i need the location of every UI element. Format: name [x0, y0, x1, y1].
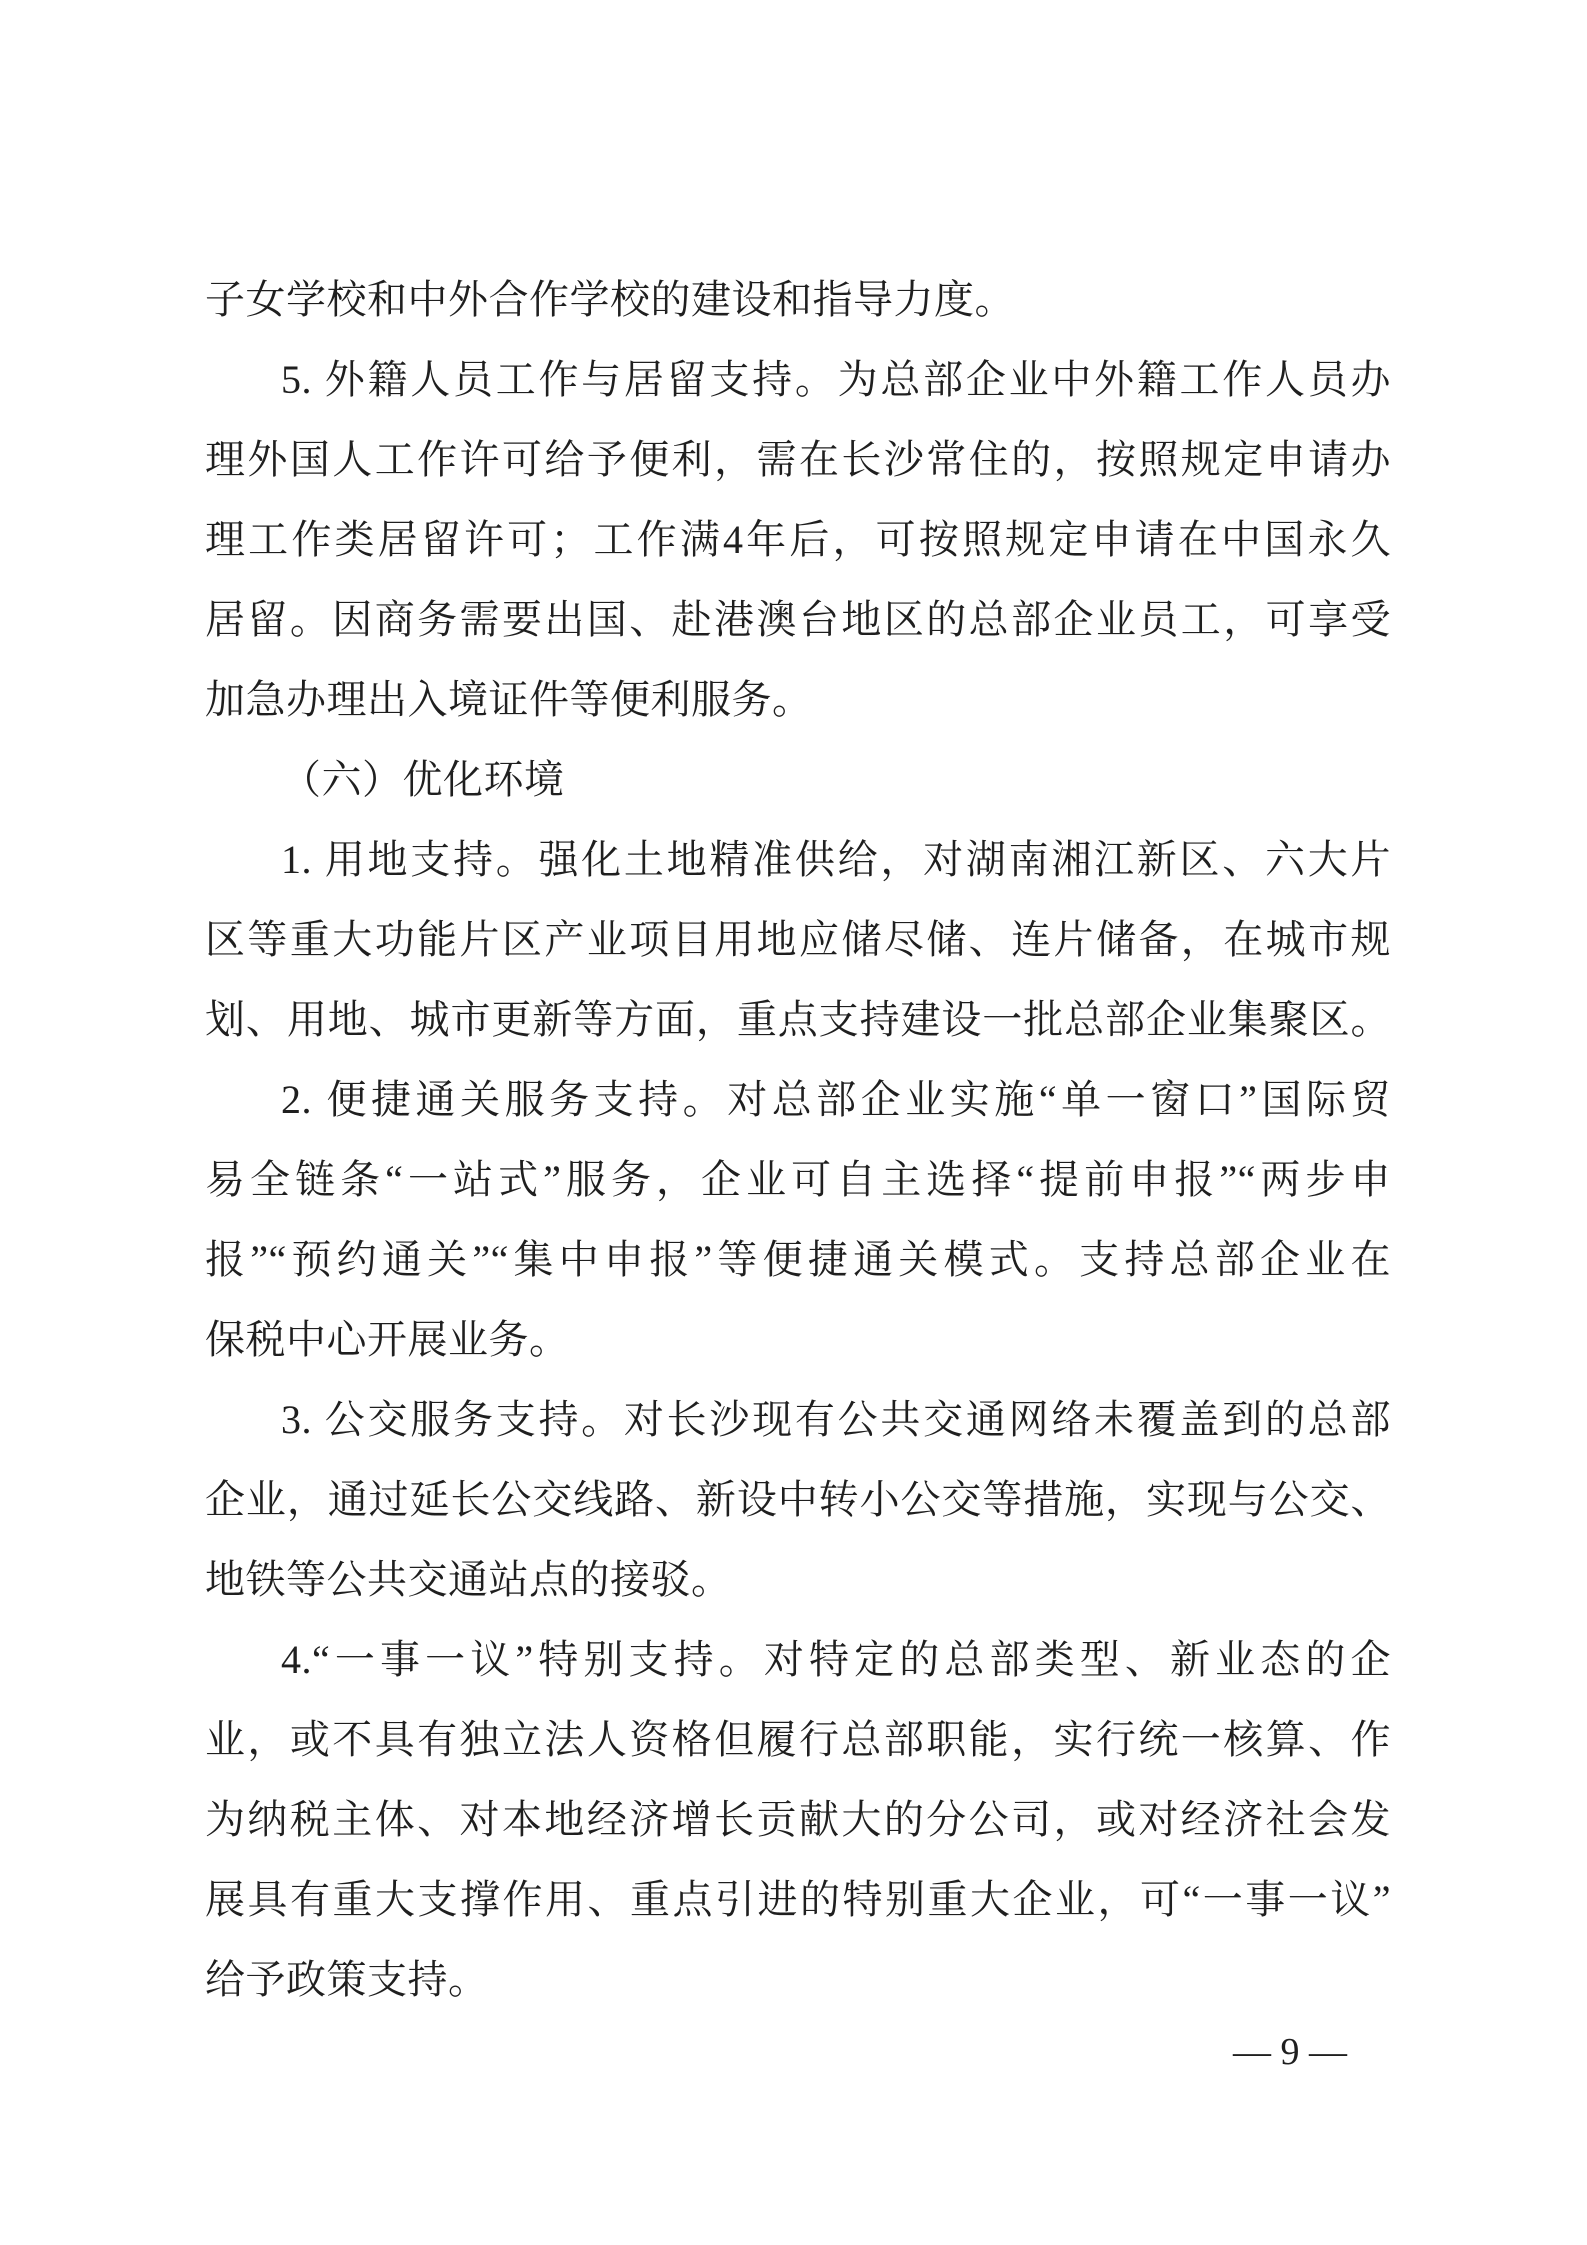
text-line: 5. 外籍人员工作与居留支持。为总部企业中外籍工作人员办 — [205, 340, 1391, 420]
text-line: 业，或不具有独立法人资格但履行总部职能，实行统一核算、作 — [205, 1700, 1391, 1780]
text-line: 报”“预约通关”“集中申报”等便捷通关模式。支持总部企业在 — [205, 1220, 1391, 1300]
text-line: 企业，通过延长公交线路、新设中转小公交等措施，实现与公交、 — [205, 1460, 1391, 1540]
text-line: 3. 公交服务支持。对长沙现有公共交通网络未覆盖到的总部 — [205, 1380, 1391, 1460]
text-line: 4.“一事一议”特别支持。对特定的总部类型、新业态的企 — [205, 1620, 1391, 1700]
text-line: 理外国人工作许可给予便利，需在长沙常住的，按照规定申请办 — [205, 420, 1391, 500]
text-line: （六）优化环境 — [205, 740, 1391, 820]
text-line: 展具有重大支撑作用、重点引进的特别重大企业，可“一事一议” — [205, 1860, 1391, 1940]
text-line: 理工作类居留许可；工作满4年后，可按照规定申请在中国永久 — [205, 500, 1391, 580]
text-line: 给予政策支持。 — [205, 1940, 1391, 2020]
text-line: 子女学校和中外合作学校的建设和指导力度。 — [205, 260, 1391, 340]
text-line: 为纳税主体、对本地经济增长贡献大的分公司，或对经济社会发 — [205, 1780, 1391, 1860]
text-line: 2. 便捷通关服务支持。对总部企业实施“单一窗口”国际贸 — [205, 1060, 1391, 1140]
text-line: 加急办理出入境证件等便利服务。 — [205, 660, 1391, 740]
text-line: 保税中心开展业务。 — [205, 1300, 1391, 1380]
page-number: — 9 — — [1233, 2031, 1347, 2073]
text-line: 地铁等公共交通站点的接驳。 — [205, 1540, 1391, 1620]
text-line: 易全链条“一站式”服务，企业可自主选择“提前申报”“两步申 — [205, 1140, 1391, 1220]
text-line: 居留。因商务需要出国、赴港澳台地区的总部企业员工，可享受 — [205, 580, 1391, 660]
text-line: 1. 用地支持。强化土地精准供给，对湖南湘江新区、六大片 — [205, 820, 1391, 900]
document-body: 子女学校和中外合作学校的建设和指导力度。5. 外籍人员工作与居留支持。为总部企业… — [205, 260, 1391, 2020]
page-footer: — 9 — — [1233, 2030, 1347, 2074]
text-line: 区等重大功能片区产业项目用地应储尽储、连片储备，在城市规 — [205, 900, 1391, 980]
document-page: 子女学校和中外合作学校的建设和指导力度。5. 外籍人员工作与居留支持。为总部企业… — [0, 0, 1587, 2245]
text-line: 划、用地、城市更新等方面，重点支持建设一批总部企业集聚区。 — [205, 980, 1391, 1060]
